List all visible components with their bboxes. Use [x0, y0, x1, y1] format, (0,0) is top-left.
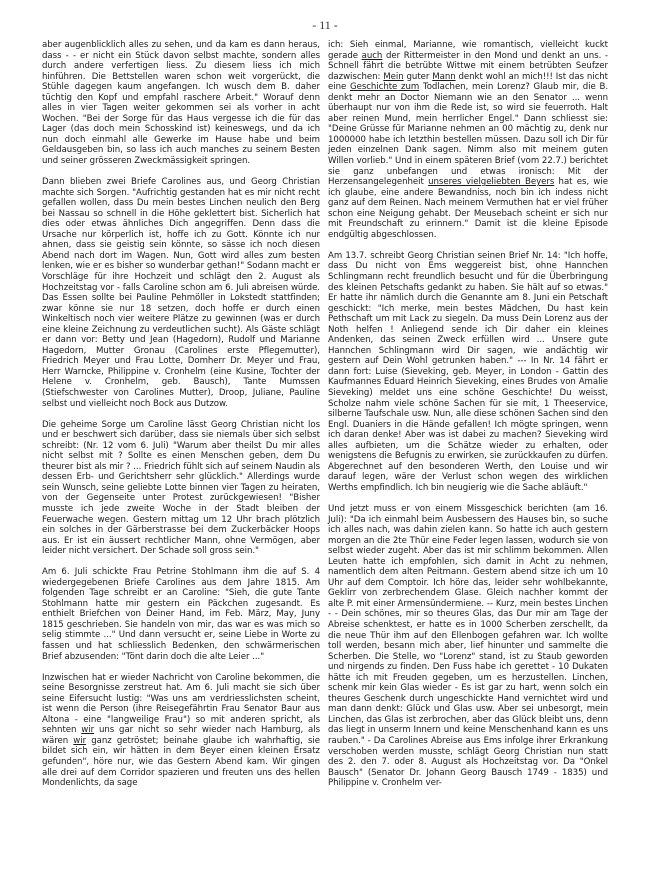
underlined-text: auch: [362, 51, 383, 61]
text-run: Die geheime Sorge um Caroline lässt Geor…: [42, 420, 320, 557]
paragraph: Dann blieben zwei Briefe Carolines aus, …: [42, 177, 320, 409]
paragraph: Und jetzt muss er von einem Missgeschick…: [328, 504, 608, 789]
text-run: Und jetzt muss er von einem Missgeschick…: [328, 504, 608, 788]
paragraph: Am 6. Juli schickte Frau Petrine Stohlma…: [42, 567, 320, 662]
underlined-text: Mein: [383, 72, 403, 82]
paragraph: Inzwischen hat er wieder Nachricht von C…: [42, 673, 320, 789]
text-run: Am 6. Juli schickte Frau Petrine Stohlma…: [42, 567, 320, 661]
underlined-text: Geschichte zum: [350, 82, 419, 92]
text-run: Dann blieben zwei Briefe Carolines aus, …: [42, 177, 320, 408]
underlined-text: unseres vielgeliebten Beyers: [428, 177, 554, 187]
paragraph: ich: Sieh einmal, Marianne, wie romantis…: [328, 40, 608, 240]
underlined-text: wir: [73, 736, 86, 746]
right-column: ich: Sieh einmal, Marianne, wie romantis…: [328, 40, 608, 799]
left-column: aber augenblicklich alles zu sehen, und …: [42, 40, 320, 799]
text-run: Am 13.7. schreibt Georg Christian seinen…: [328, 251, 608, 493]
text-run: guter: [404, 72, 433, 82]
paragraph: Am 13.7. schreibt Georg Christian seinen…: [328, 251, 608, 494]
paragraph: Die geheime Sorge um Caroline lässt Geor…: [42, 420, 320, 557]
page-number: - 11 -: [0, 18, 650, 33]
underlined-text: wir: [81, 725, 94, 735]
text-run: aber augenblicklich alles zu sehen, und …: [42, 40, 320, 166]
paragraph: aber augenblicklich alles zu sehen, und …: [42, 40, 320, 167]
text-run: Todlachen, mein Lorenz? Glaub mir, die B…: [328, 82, 608, 187]
underlined-text: Mann: [432, 72, 455, 82]
